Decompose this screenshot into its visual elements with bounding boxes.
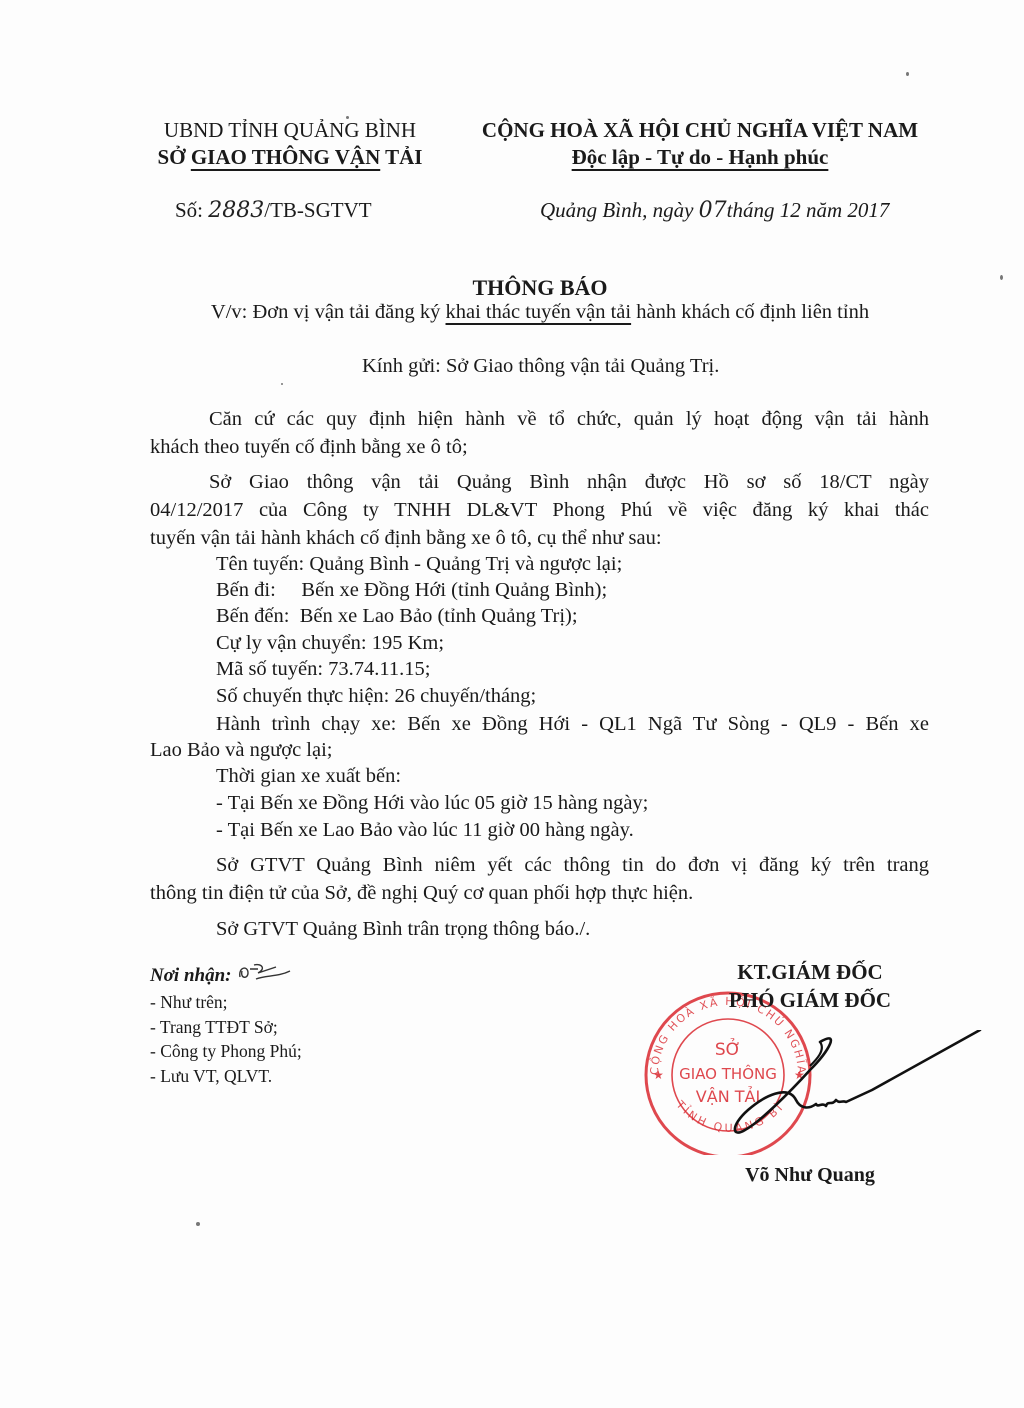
document-date: Quảng Bình, ngày 07tháng 12 năm 2017 [540,198,889,223]
recipient-item: - Như trên; [150,990,302,1015]
recipient-item: - Trang TTĐT Sở; [150,1015,302,1040]
detail-trip-count: Số chuyến thực hiện: 26 chuyến/tháng; [216,686,536,707]
detail-distance: Cự ly vận chuyển: 195 Km; [216,633,444,654]
scan-speck [281,383,283,385]
para2-line3: tuyến vận tải hành khách cố định bằng xe… [150,528,662,549]
notice-heading: THÔNG BÁO [150,275,930,301]
para3-line1: Sở GTVT Quảng Bình niêm yết các thông ti… [216,855,929,876]
org-name-pre: SỞ [158,145,191,169]
route-line1: Hành trình chạy xe: Bến xe Đồng Hới - QL… [216,714,929,735]
number-handwritten: 2883 [208,198,264,223]
scan-speck [1000,275,1003,280]
recipients-label: Nơi nhận: [150,961,296,987]
departure-time-2: - Tại Bến xe Lao Bảo vào lúc 11 giờ 00 h… [216,820,634,841]
document-number: Số: 2883/TB-SGTVT [175,198,372,223]
signer-title-line2: PHÓ GIÁM ĐỐC [690,986,930,1014]
departure-label: Thời gian xe xuất bến: [216,766,401,787]
detail-arrival-station: Bến đến: Bến xe Lao Bảo (tỉnh Quảng Trị)… [216,606,578,627]
recipient-item: - Lưu VT, QLVT. [150,1064,302,1089]
para3-line2: thông tin điện tử của Sở, đề nghị Quý cơ… [150,883,693,904]
para1-line2: khách theo tuyến cố định bằng xe ô tô; [150,437,468,458]
date-day-handwritten: 07 [699,198,727,223]
org-name-underlined: GIAO THÔNG VẬN [191,145,380,169]
date-prefix: Quảng Bình, ngày [540,198,699,222]
org-name: SỞ GIAO THÔNG VẬN TẢI [140,145,440,170]
org-parent-text: UBND TỈNH QUẢNG BÌNH [164,118,416,142]
recipient-line: Kính gửi: Sở Giao thông vận tải Quảng Tr… [362,356,719,377]
recipients-list: - Như trên; - Trang TTĐT Sở; - Công ty P… [150,990,302,1088]
route-line2: Lao Bảo và ngược lại; [150,740,332,761]
recipient-text: Kính gửi: Sở Giao thông vận tải Quảng Tr… [362,355,719,377]
para1-line1: Căn cứ các quy định hiện hành về tổ chức… [209,409,929,430]
national-title-text: CỘNG HOÀ XÃ HỘI CHỦ NGHĨA VIỆT NAM [482,118,918,142]
number-label: Số: [175,198,208,222]
number-suffix: /TB-SGTVT [264,198,371,222]
scan-speck [346,116,349,119]
recipient-item: - Công ty Phong Phú; [150,1039,302,1064]
national-motto: Độc lập - Tự do - Hạnh phúc [465,145,935,170]
para2-line2: 04/12/2017 của Công ty TNHH DL&VT Phong … [150,500,929,521]
recipients-label-text: Nơi nhận: [150,965,231,986]
departure-time-1: - Tại Bến xe Đồng Hới vào lúc 05 giờ 15 … [216,793,648,814]
org-parent: UBND TỈNH QUẢNG BÌNH [140,118,440,143]
handwritten-signature-icon [700,1030,990,1140]
para2-line1: Sở Giao thông vận tải Quảng Bình nhận đư… [209,472,929,493]
signer-title: KT.GIÁM ĐỐC PHÓ GIÁM ĐỐC [690,958,930,1014]
national-motto-text: Độc lập - Tự do - Hạnh phúc [572,145,829,169]
org-name-post: TẢI [380,145,422,169]
scan-speck [906,72,909,76]
notice-subject: V/v: Đơn vị vận tải đăng ký khai thác tu… [150,302,930,323]
svg-text:★: ★ [653,1068,664,1082]
detail-departure-station: Bến đi: Bến xe Đồng Hới (tỉnh Quảng Bình… [216,580,607,601]
subject-pre: V/v: Đơn vị vận tải đăng ký [211,301,446,323]
date-suffix: tháng 12 năm 2017 [727,198,890,222]
closing-line: Sở GTVT Quảng Bình trân trọng thông báo.… [216,919,590,940]
signer-name-text: Võ Như Quang [745,1164,875,1186]
signer-title-line1: KT.GIÁM ĐỐC [690,958,930,986]
subject-post: hành khách cố định liên tỉnh [631,301,869,323]
signer-name: Võ Như Quang [690,1164,930,1187]
detail-route-code: Mã số tuyến: 73.74.11.15; [216,659,430,680]
detail-route-name: Tên tuyến: Quảng Bình - Quảng Trị và ngư… [216,554,622,575]
initials-mark-icon [236,961,296,985]
national-title: CỘNG HOÀ XÃ HỘI CHỦ NGHĨA VIỆT NAM [465,118,935,143]
subject-underlined: khai thác tuyến vận tải [446,301,632,323]
notice-heading-text: THÔNG BÁO [472,275,607,300]
scan-speck [196,1222,200,1226]
